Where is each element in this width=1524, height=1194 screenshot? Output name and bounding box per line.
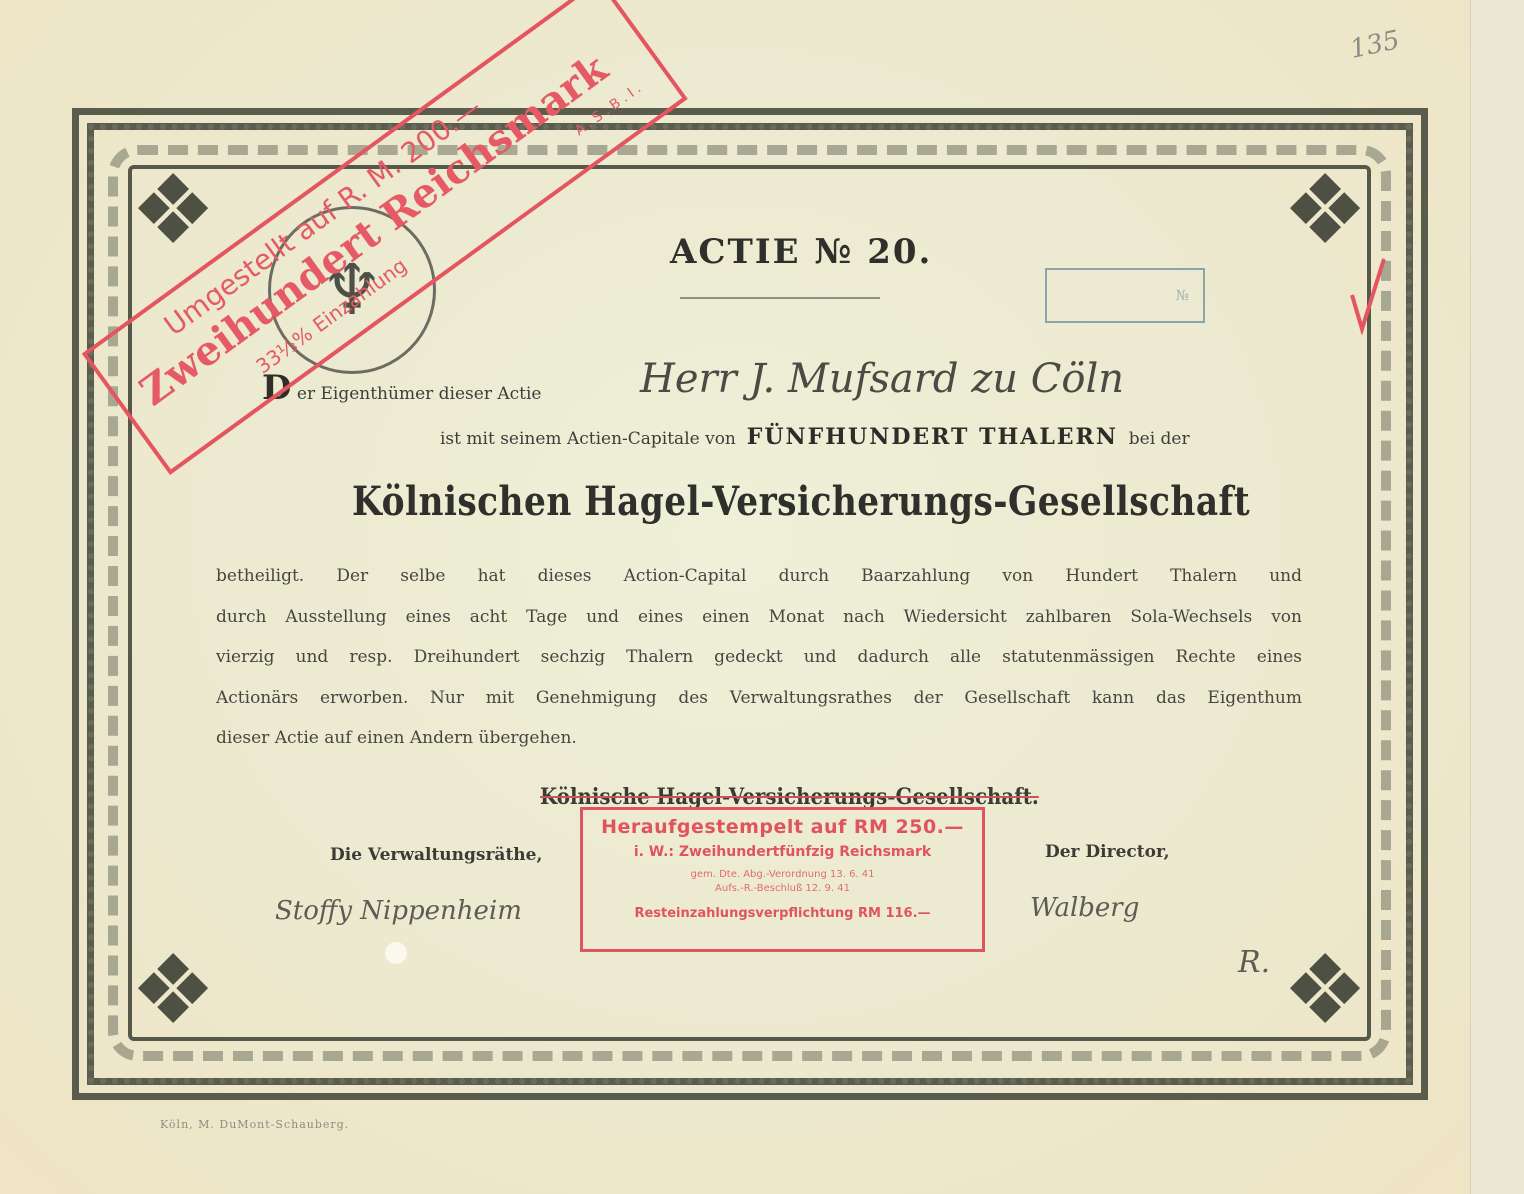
board-label: Die Verwaltungsräthe, (330, 845, 542, 865)
body-paragraph: betheiligt. Der selbe hat dieses Action-… (216, 556, 1302, 759)
corner-ornament-icon: ❖ (1270, 155, 1380, 265)
capital-suffix: bei der (1129, 429, 1190, 449)
stamp-line: Aufs.-R.-Beschluß 12. 9. 41 (583, 883, 982, 894)
body-line: dieser Actie auf einen Andern übergehen. (216, 718, 1302, 759)
body-line: durch Ausstellung eines acht Tage und ei… (216, 597, 1302, 638)
red-checkmark-icon (1348, 255, 1388, 335)
blue-number-stamp: № (1045, 268, 1205, 323)
share-number: 20. (867, 232, 932, 272)
corner-ornament-icon: ❖ (118, 155, 228, 265)
director-label: Der Director, (1045, 842, 1170, 862)
share-number-heading: ACTIE № 20. (670, 232, 932, 272)
revaluation-stamp-rect: Heraufgestempelt auf RM 250.— i. W.: Zwe… (580, 807, 985, 952)
heading-label: ACTIE (670, 232, 801, 272)
owner-line-printed: er Eigenthümer dieser Actie (297, 384, 542, 404)
capital-line: ist mit seinem Actien-Capitale von FÜNFH… (440, 424, 1190, 450)
company-name: Kölnischen Hagel-Versicherungs-Gesellsch… (352, 478, 1250, 525)
stamp-line: i. W.: Zweihundertfünfzig Reichsmark (583, 844, 982, 860)
capital-amount: FÜNFHUNDERT THALERN (747, 424, 1118, 450)
capital-prefix: ist mit seinem Actien-Capitale von (440, 429, 736, 449)
corner-ornament-icon: ❖ (118, 935, 228, 1045)
paper-edge-strip (1470, 0, 1524, 1194)
director-signature: Walberg (1030, 893, 1139, 923)
board-signature: Stoffy Nippenheim (275, 896, 522, 926)
stamp-line: gem. Dte. Abg.-Verordnung 13. 6. 41 (583, 869, 982, 880)
stamp-line: Resteinzahlungsverpflichtung RM 116.— (583, 906, 982, 921)
punch-hole (385, 942, 407, 964)
stamp-line: Heraufgestempelt auf RM 250.— (583, 816, 982, 838)
initial-mark: R. (1238, 945, 1270, 980)
body-line: betheiligt. Der selbe hat dieses Action-… (216, 556, 1302, 597)
number-sign: № (814, 232, 853, 272)
printer-imprint: Köln, M. DuMont-Schauberg. (160, 1118, 349, 1131)
owner-name-handwritten: Herr J. Mufsard zu Cöln (640, 356, 1124, 402)
body-line: vierzig und resp. Dreihundert sechzig Th… (216, 637, 1302, 678)
body-line: Actionärs erworben. Nur mit Genehmigung … (216, 678, 1302, 719)
heading-rule (680, 297, 880, 299)
corner-ornament-icon: ❖ (1270, 935, 1380, 1045)
